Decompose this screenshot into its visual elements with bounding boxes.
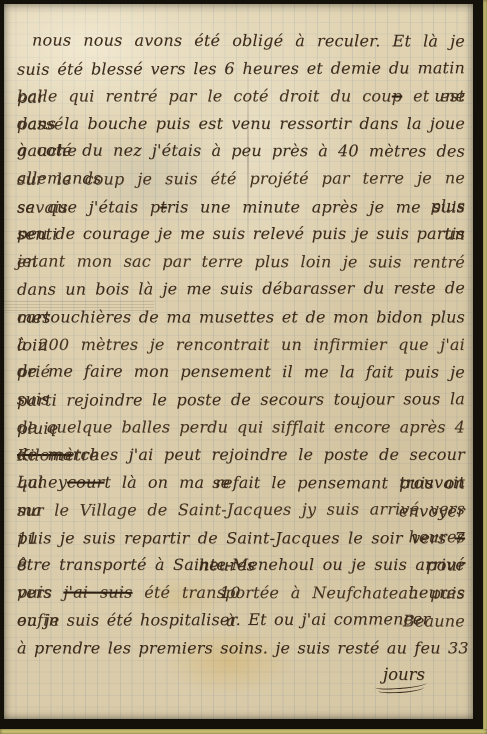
line-text: ou je suis été hospitaliser. Et ou j'ai … [17,610,430,630]
letter-line: de me faire mon pensement il me la fait … [17,358,465,387]
line-text: se que j'étais p [17,197,160,216]
signoff-row: jours [17,662,465,692]
photo-edge-right [483,0,487,734]
struck-text: j'ai suis [63,582,132,601]
letter-line: ou je suis été hospitaliser. Et ou j'ai … [17,606,465,635]
line-text: Lahey [17,472,67,491]
letter-line: à prendre les premiers soins. je suis re… [17,635,465,663]
letter-line: nous nous avons été obligé à reculer. Et… [17,26,465,55]
line-text: 8 heures pour [17,556,465,575]
letter-line: de quelque balles perdu qui sifflait enc… [17,414,465,442]
struck-text: 7 [455,528,465,547]
letter-line: sur le Village de Saint-Jacques jy suis … [17,495,465,524]
line-text: puis je suis repartir de Saint-Jacques l… [17,528,455,547]
line-text: puis [17,582,63,601]
letter-line: sur le coup je suis été projété par terr… [17,164,465,193]
letter-line: parti rejoindre le poste de secours touj… [17,385,465,414]
letter-line: suis été blessé vers les 6 heures et dem… [17,54,465,83]
line-text: à prendre les premiers soins. je suis re… [17,639,469,658]
struck-text: t [160,197,167,216]
struck-text: cour [67,472,104,491]
letter-line: dans la bouche puis est venu ressortir d… [17,110,465,138]
letter-line: jetant mon sac par terre plus loin je su… [17,247,465,276]
letter-line: à 200 mètres je rencontrait un infirmier… [17,331,465,359]
letter-paper: nous nous avons été obligé à reculer. Et… [4,4,473,719]
line-text: jetant mon sac par terre plus loin je su… [17,251,465,271]
letter-line: puis je suis repartir de Saint-Jacques l… [17,524,465,552]
letter-line: balle qui rentré par le coté droit du co… [17,83,465,111]
letter-line: cartouchières de ma musettes et de mon b… [17,303,465,331]
letter-line: dans un bois là je me suis débarasser du… [17,275,465,304]
letter-line: à coté du nez j'étais à peu près à 40 mè… [17,137,465,166]
letter-photo: nous nous avons été obligé à reculer. Et… [0,0,487,734]
line-text: nous nous avons été obligé à reculer. Et… [32,30,465,50]
photo-edge-bottom [0,729,487,734]
letter-line: puis j'ai suis été transportée à Neufcha… [17,578,465,607]
letter-line: Laheycourt là on ma refait le pensemant … [17,468,465,497]
letter-body: nous nous avons été obligé à reculer. Et… [17,27,465,692]
struck-text: p [392,87,402,106]
line-text: balle qui rentré par le coté droit du co… [17,87,392,106]
letter-line: se que j'étais ptris une minute après je… [17,193,465,221]
signoff-word: jours [383,662,425,688]
